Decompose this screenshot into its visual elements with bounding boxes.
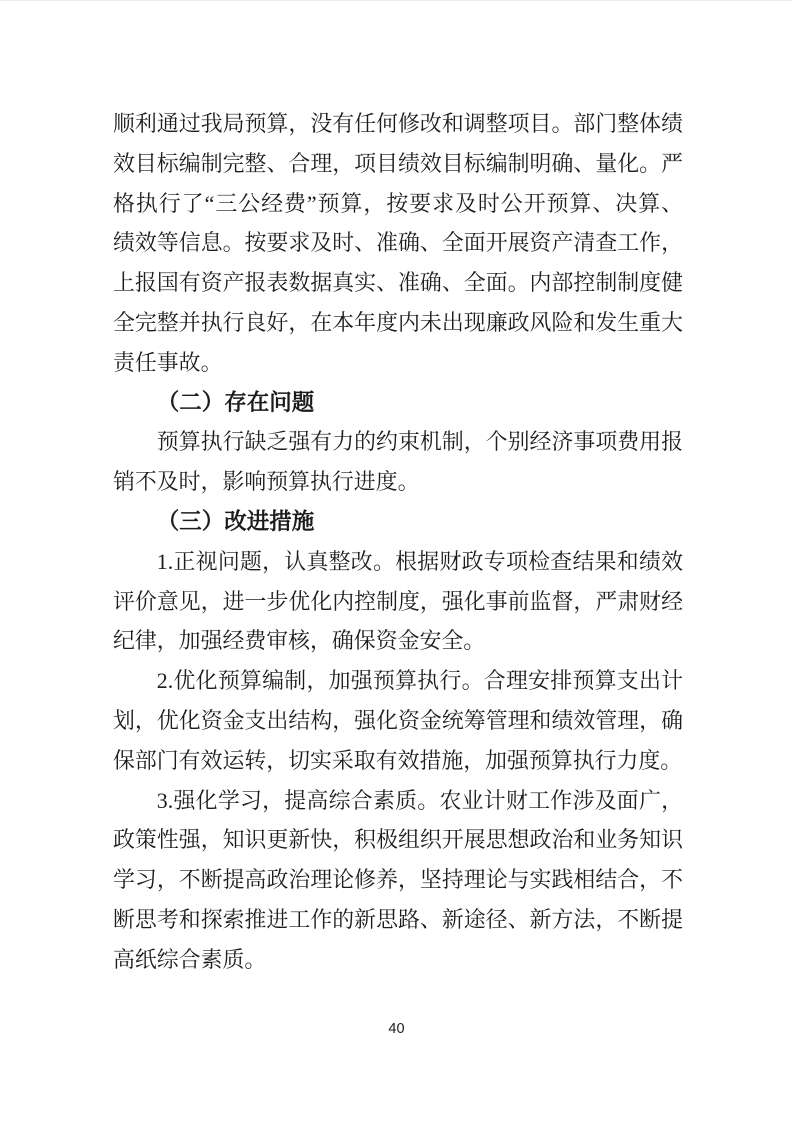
document-body: 顺利通过我局预算，没有任何修改和调整项目。部门整体绩效目标编制完整、合理，项目绩… [113, 104, 683, 980]
text-line: 划，优化资金支出结构，强化资金统筹管理和绩效管理，确 [113, 701, 683, 741]
text-line: 政策性强，知识更新快，积极组织开展思想政治和业务知识 [113, 820, 683, 860]
text-line: 上报国有资产报表数据真实、准确、全面。内部控制制度健 [113, 263, 683, 303]
text-line: 保部门有效运转，切实采取有效措施，加强预算执行力度。 [113, 741, 683, 781]
text-line: 效目标编制完整、合理，项目绩效目标编制明确、量化。严 [113, 144, 683, 184]
page-number: 40 [0, 1020, 793, 1038]
text-line: 3.强化学习，提高综合素质。农业计财工作涉及面广， [113, 781, 683, 821]
text-line: 2.优化预算编制，加强预算执行。合理安排预算支出计 [113, 661, 683, 701]
text-line: 销不及时，影响预算执行进度。 [113, 462, 683, 502]
text-line: 格执行了“三公经费”预算，按要求及时公开预算、决算、 [113, 184, 683, 224]
text-line: 顺利通过我局预算，没有任何修改和调整项目。部门整体绩 [113, 104, 683, 144]
document-page: 顺利通过我局预算，没有任何修改和调整项目。部门整体绩效目标编制完整、合理，项目绩… [0, 0, 793, 1123]
section-heading: （二）存在问题 [113, 383, 683, 423]
text-line: 责任事故。 [113, 343, 683, 383]
text-line: 高纸综合素质。 [113, 940, 683, 980]
text-line: 全完整并执行良好，在本年度内未出现廉政风险和发生重大 [113, 303, 683, 343]
text-line: 绩效等信息。按要求及时、准确、全面开展资产清查工作， [113, 223, 683, 263]
text-line: 纪律，加强经费审核，确保资金安全。 [113, 621, 683, 661]
text-line: 评价意见，进一步优化内控制度，强化事前监督，严肃财经 [113, 582, 683, 622]
text-line: 学习，不断提高政治理论修养，坚持理论与实践相结合，不 [113, 860, 683, 900]
text-line: 1.正视问题，认真整改。根据财政专项检查结果和绩效 [113, 542, 683, 582]
text-line: 预算执行缺乏强有力的约束机制，个别经济事项费用报 [113, 422, 683, 462]
text-line: 断思考和探索推进工作的新思路、新途径、新方法，不断提 [113, 900, 683, 940]
section-heading: （三）改进措施 [113, 502, 683, 542]
